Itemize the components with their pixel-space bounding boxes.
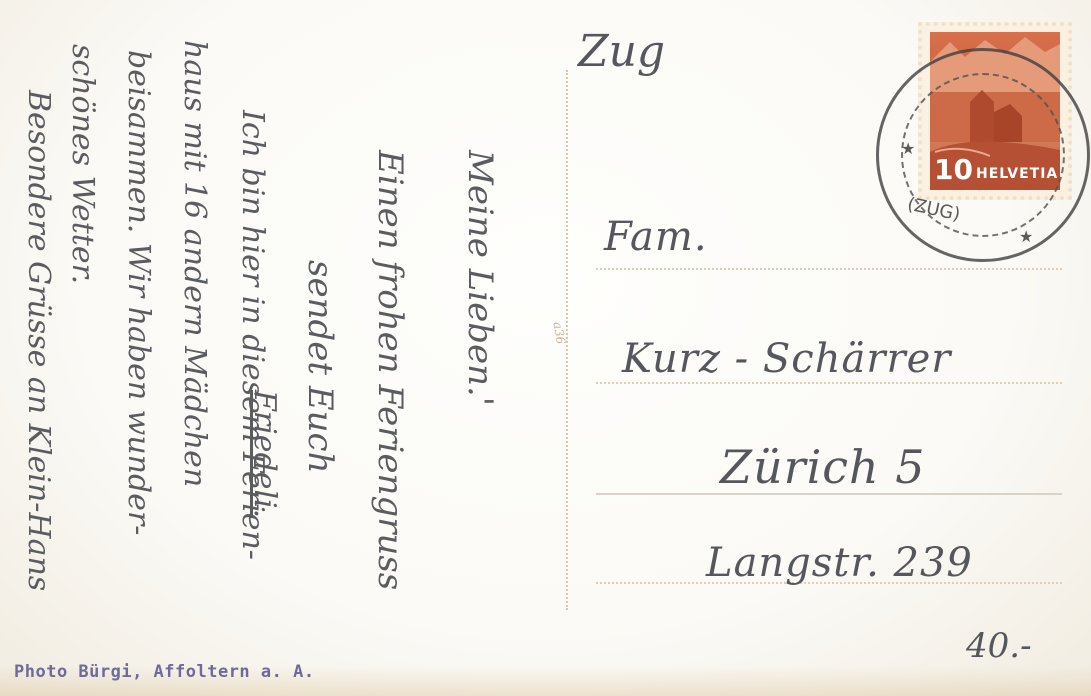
address-line-1: Fam. (604, 214, 708, 260)
message-line-2: Einen frohen Feriengruss (370, 150, 410, 590)
message-line-8: Besondere Grüsse an Klein-Hans (21, 90, 56, 591)
postmark: (ZUG) ★ ★ (876, 48, 1090, 262)
address-rule-1 (596, 268, 1062, 270)
message-line-1: Meine Lieben.' (460, 150, 500, 406)
message-signature: Friedeli. (247, 390, 282, 518)
publisher-imprint: Photo Bürgi, Affoltern a. A. (14, 662, 315, 682)
message-line-7: schönes Wetter. (65, 44, 100, 284)
message-line-3: sendet Euch (300, 260, 340, 473)
top-note: Zug (578, 26, 665, 77)
message-line-5: haus mit 16 andern Mädchen (177, 40, 212, 487)
address-rule-2 (596, 382, 1062, 384)
address-line-2: Kurz - Schärrer (622, 336, 951, 382)
address-line-3: Zürich 5 (720, 440, 926, 494)
star-icon: ★ (1019, 227, 1033, 246)
postcard-back: Zug Meine Lieben.' Einen frohen Feriengr… (0, 0, 1091, 696)
address-line-4: Langstr. 239 (706, 540, 973, 586)
message-line-6: beisammen. Wir haben wunder- (121, 50, 156, 535)
price-note: 40.- (966, 626, 1032, 666)
star-icon: ★ (901, 139, 915, 158)
